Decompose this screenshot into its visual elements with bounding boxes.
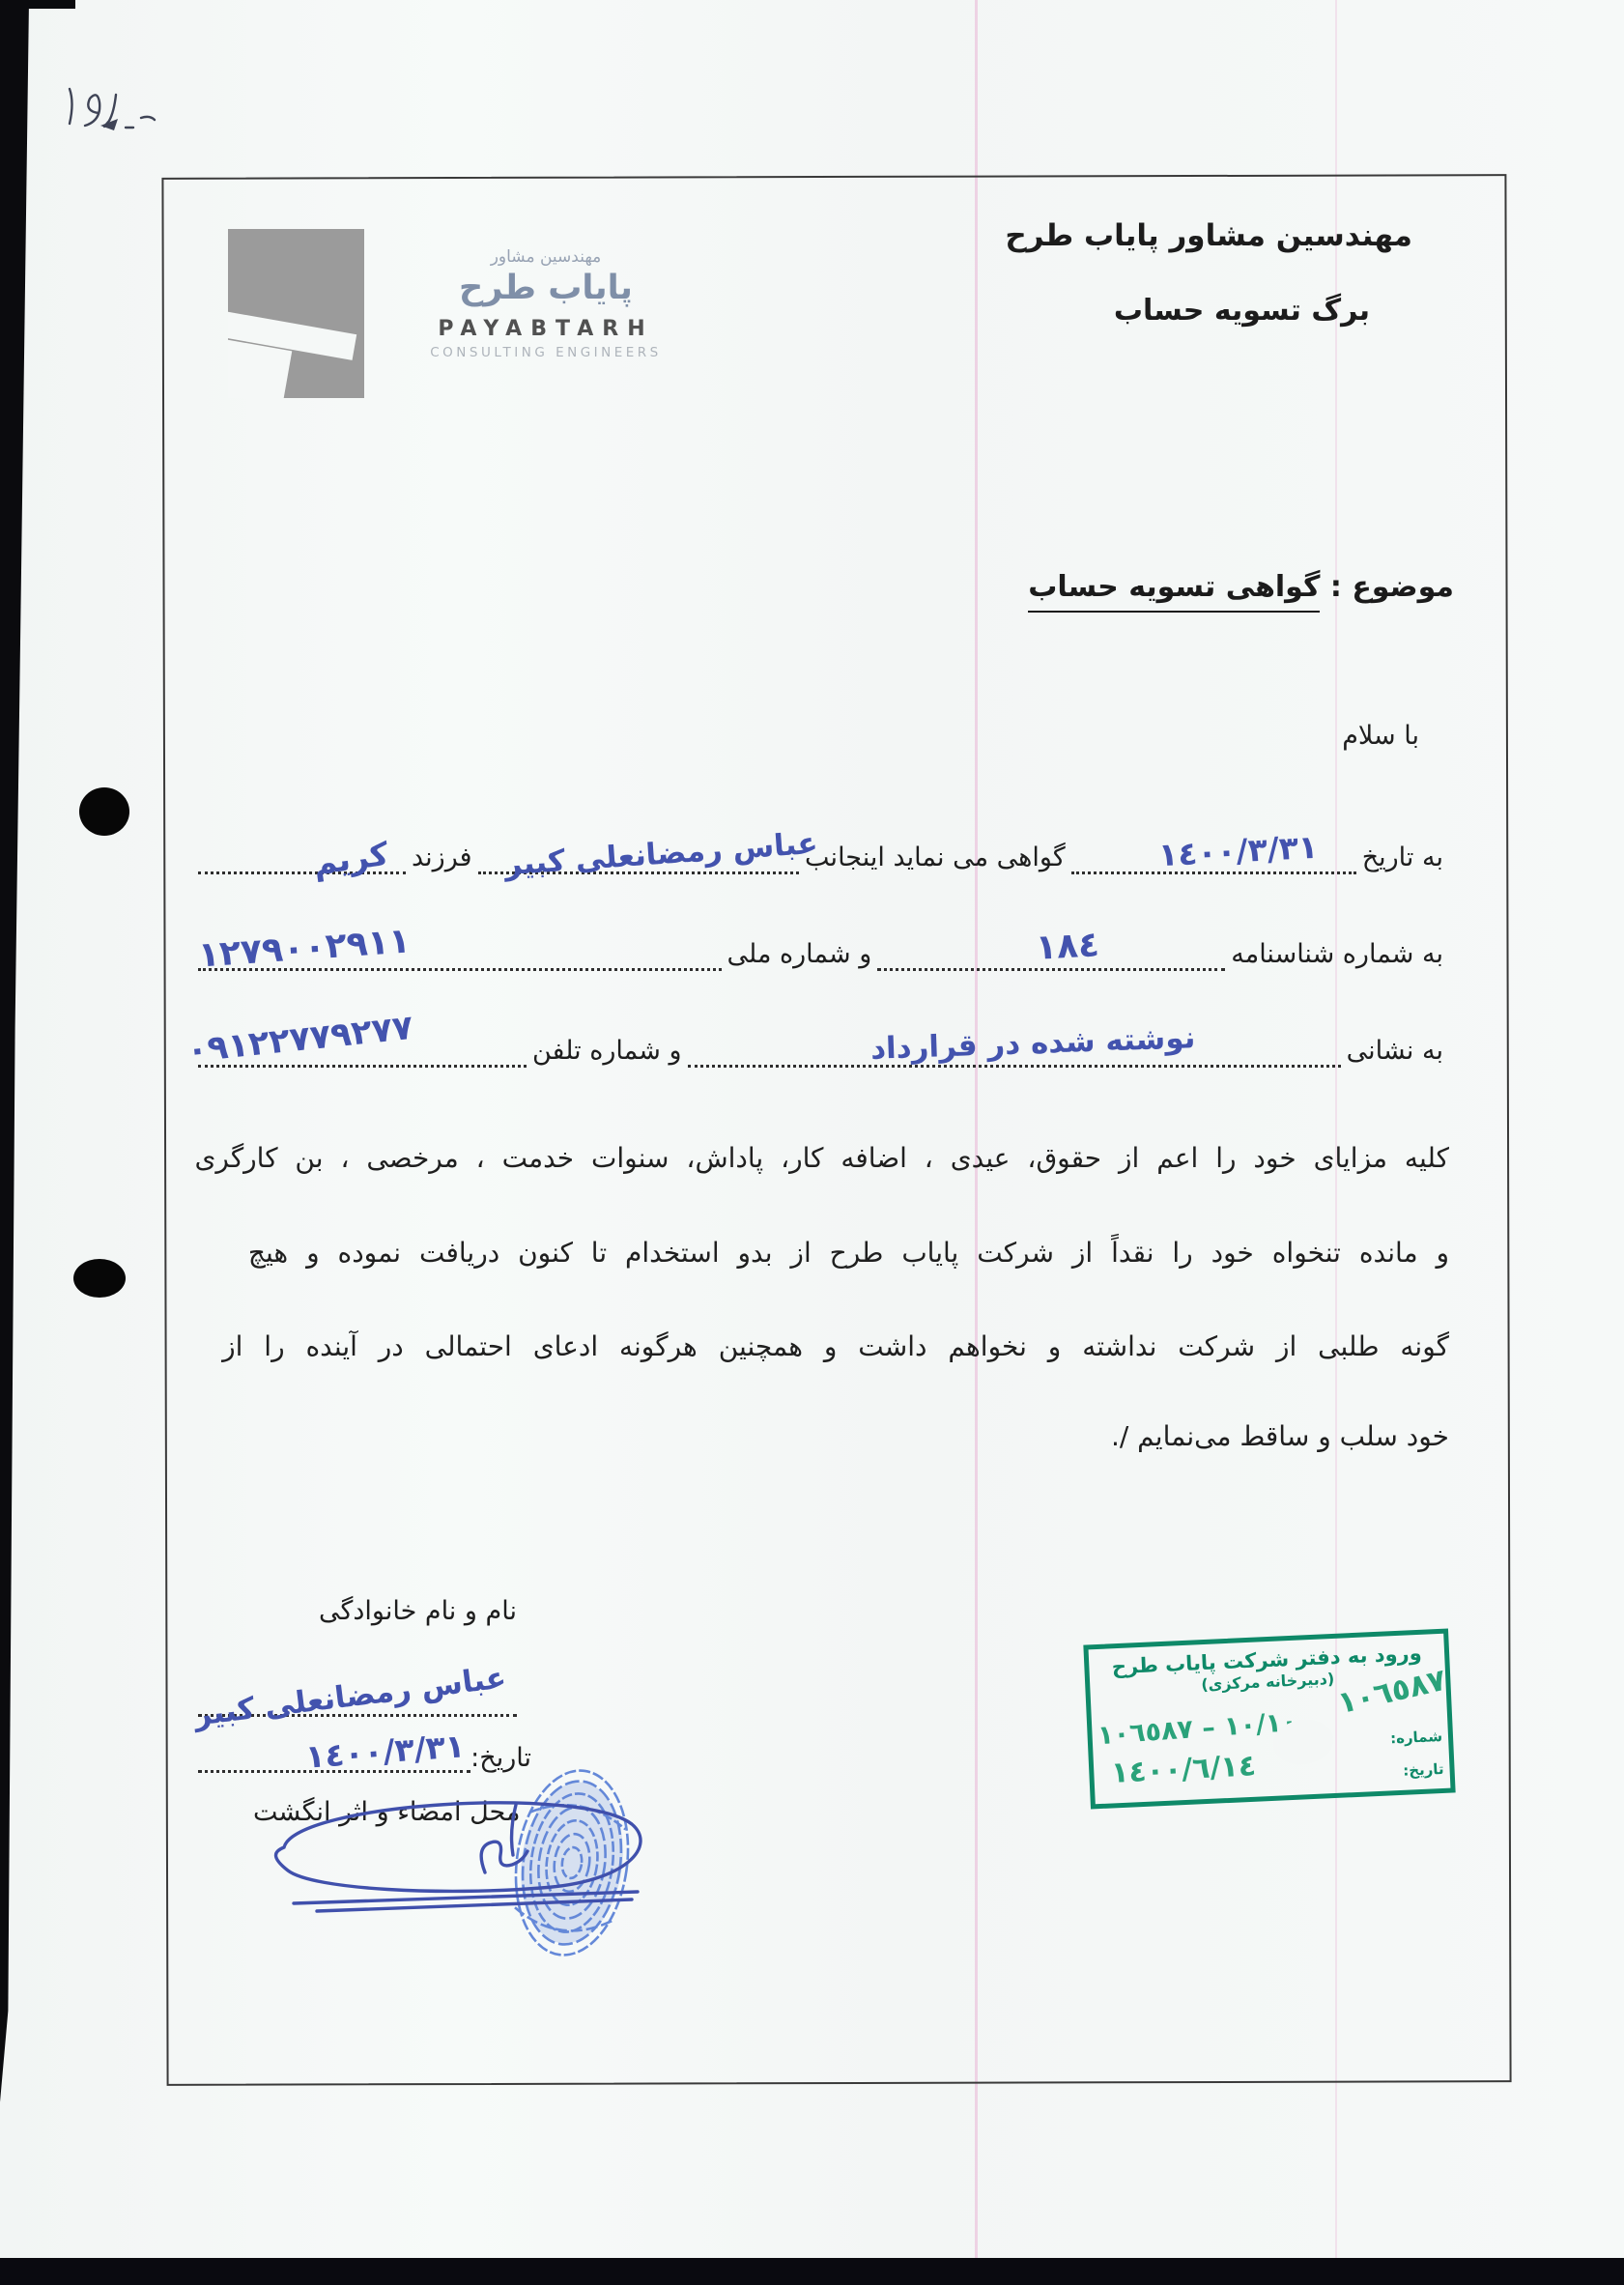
salutation: با سلام	[1342, 721, 1419, 751]
stamp-date-label: تاریخ:	[1403, 1760, 1444, 1780]
scan-edge-bottom	[0, 2258, 1624, 2285]
signature-date-row: تاریخ: ١٤٠٠/٣/٣١	[198, 1731, 531, 1773]
handwritten-signature-date: ١٤٠٠/٣/٣١	[304, 1727, 466, 1775]
handwritten-address: نوشته شده در قرارداد	[870, 1020, 1196, 1067]
logo-fa-name: پایاب طرح	[406, 269, 686, 307]
hole-punch	[73, 1259, 126, 1298]
handwritten-date: ١٤٠٠/٣/٣١	[1157, 828, 1319, 874]
body-line-3: گونه طلبی از شرکت نداشته و نخواهم داشت و…	[222, 1330, 1449, 1362]
certify-text: گواهی می نماید اینجانب	[799, 843, 1071, 874]
hole-punch	[79, 787, 129, 836]
scanned-settlement-document: مهندسین مشاور پایاب طرح PAYABTARH CONSUL…	[0, 0, 1624, 2285]
pencil-scribble	[56, 68, 184, 143]
form-line-id: به شماره شناسنامه ١٨٤ و شماره ملی ١٢٧٩٠٠…	[198, 929, 1449, 971]
handwritten-national-number: ١٢٧٩٠٠٢٩١١	[197, 921, 412, 975]
body-line-2: و مانده تنخواه خود را نقداً از شرکت پایا…	[248, 1237, 1449, 1269]
address-field: نوشته شده در قرارداد	[688, 1026, 1341, 1068]
signature-name-field: عباس رمضانعلی کبیر	[198, 1648, 517, 1717]
signature-strokes	[253, 1778, 669, 1932]
name-field: عباس رمضانعلی کبیر	[478, 833, 800, 874]
subject-value: گواهی تسویه حساب	[1028, 570, 1320, 613]
father-name-field: کریم	[198, 833, 406, 874]
date-prefix-label: به تاریخ	[1356, 843, 1449, 874]
id-label: به شماره شناسنامه	[1225, 939, 1449, 971]
stamp-number-label: شماره:	[1390, 1728, 1443, 1747]
handwritten-name: عباس رمضانعلی کبیر	[503, 826, 819, 883]
phone-label: و شماره تلفن	[527, 1036, 688, 1068]
scan-edge-top	[0, 0, 75, 9]
payabtarh-logo-mark	[228, 229, 364, 398]
body-line-1: کلیه مزایای خود را اعم از حقوق، عیدی ، ا…	[194, 1142, 1449, 1174]
national-label: و شماره ملی	[722, 939, 878, 971]
logo-fa-tagline: مهندسین مشاور	[406, 247, 686, 267]
national-field: ١٢٧٩٠٠٢٩١١	[198, 929, 722, 971]
address-label: به نشانی	[1341, 1036, 1449, 1068]
signature-date-field: ١٤٠٠/٣/٣١	[198, 1731, 470, 1773]
date-field: ١٤٠٠/٣/٣١	[1071, 833, 1356, 874]
subject-line: موضوع : گواهی تسویه حساب	[1028, 570, 1454, 604]
phone-field: ٠٩١٢٢٧٧٩٢٧٧	[198, 1026, 527, 1068]
id-field: ١٨٤	[877, 929, 1225, 971]
company-title: مهندسین مشاور پایاب طرح	[1005, 218, 1412, 253]
form-title: برگ تسویه حساب	[1114, 294, 1370, 328]
handwritten-id-number: ١٨٤	[1035, 925, 1100, 967]
subject-label: موضوع :	[1330, 570, 1454, 604]
logo-en-name: PAYABTARH	[406, 317, 686, 341]
name-surname-label: نام و نام خانوادگی	[319, 1596, 517, 1626]
logo-en-subtitle: CONSULTING ENGINEERS	[406, 345, 686, 360]
child-of-label: فرزند	[406, 843, 478, 874]
logo-text-block: مهندسین مشاور پایاب طرح PAYABTARH CONSUL…	[406, 247, 686, 360]
scan-edge-left	[0, 0, 29, 2285]
form-line-address: به نشانی نوشته شده در قرارداد و شماره تل…	[198, 1026, 1449, 1068]
form-line-date-name: به تاریخ ١٤٠٠/٣/٣١ گواهی می نماید اینجان…	[198, 833, 1449, 874]
body-line-4: خود سلب و ساقط می‌نمایم /.	[1111, 1420, 1449, 1452]
